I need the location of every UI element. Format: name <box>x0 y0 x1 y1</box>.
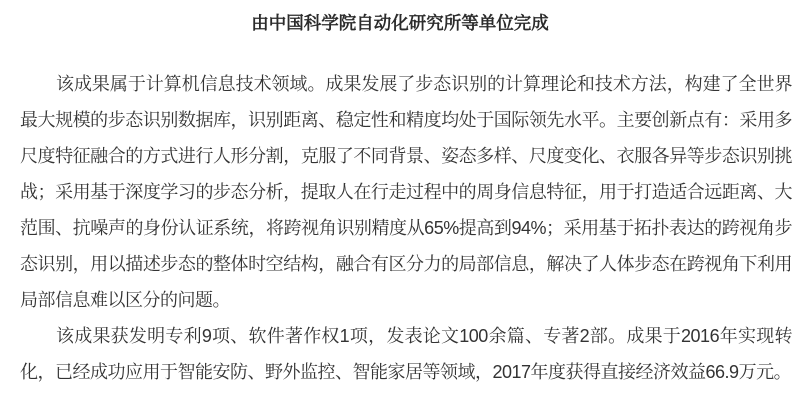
paragraph-achievement-overview: 该成果属于计算机信息技术领域。成果发展了步态识别的计算理论和技术方法，构建了全世… <box>20 66 792 318</box>
text-line: 范围、抗噪声的身份认证系统，将跨视角识别精度从65%提高到94%；采用基于拓扑表… <box>20 210 792 246</box>
text-line: 态识别，用以描述步态的整体时空结构，融合有区分力的局部信息，解决了人体步态在跨视… <box>20 246 792 282</box>
text-line: 局部信息难以区分的问题。 <box>20 282 792 318</box>
text-line: 尺度特征融合的方式进行人形分割，克服了不同背景、姿态多样、尺度变化、衣服各异等步… <box>20 138 792 174</box>
text-line: 该成果属于计算机信息技术领域。成果发展了步态识别的计算理论和技术方法，构建了全世… <box>20 66 792 102</box>
text-line: 最大规模的步态识别数据库，识别距离、稳定性和精度均处于国际领先水平。主要创新点有… <box>20 102 792 138</box>
document-page: 由中国科学院自动化研究所等单位完成 该成果属于计算机信息技术领域。成果发展了步态… <box>0 0 800 418</box>
text-line: 化，已经成功应用于智能安防、野外监控、智能家居等领域，2017年度获得直接经济效… <box>20 354 792 390</box>
paragraph-results-impact: 该成果获发明专利9项、软件著作权1项，发表论文100余篇、专著2部。成果于201… <box>20 318 792 390</box>
document-title: 由中国科学院自动化研究所等单位完成 <box>20 13 780 33</box>
text-line: 该成果获发明专利9项、软件著作权1项，发表论文100余篇、专著2部。成果于201… <box>20 318 792 354</box>
text-line: 战；采用基于深度学习的步态分析，提取人在行走过程中的周身信息特征，用于打造适合远… <box>20 174 792 210</box>
